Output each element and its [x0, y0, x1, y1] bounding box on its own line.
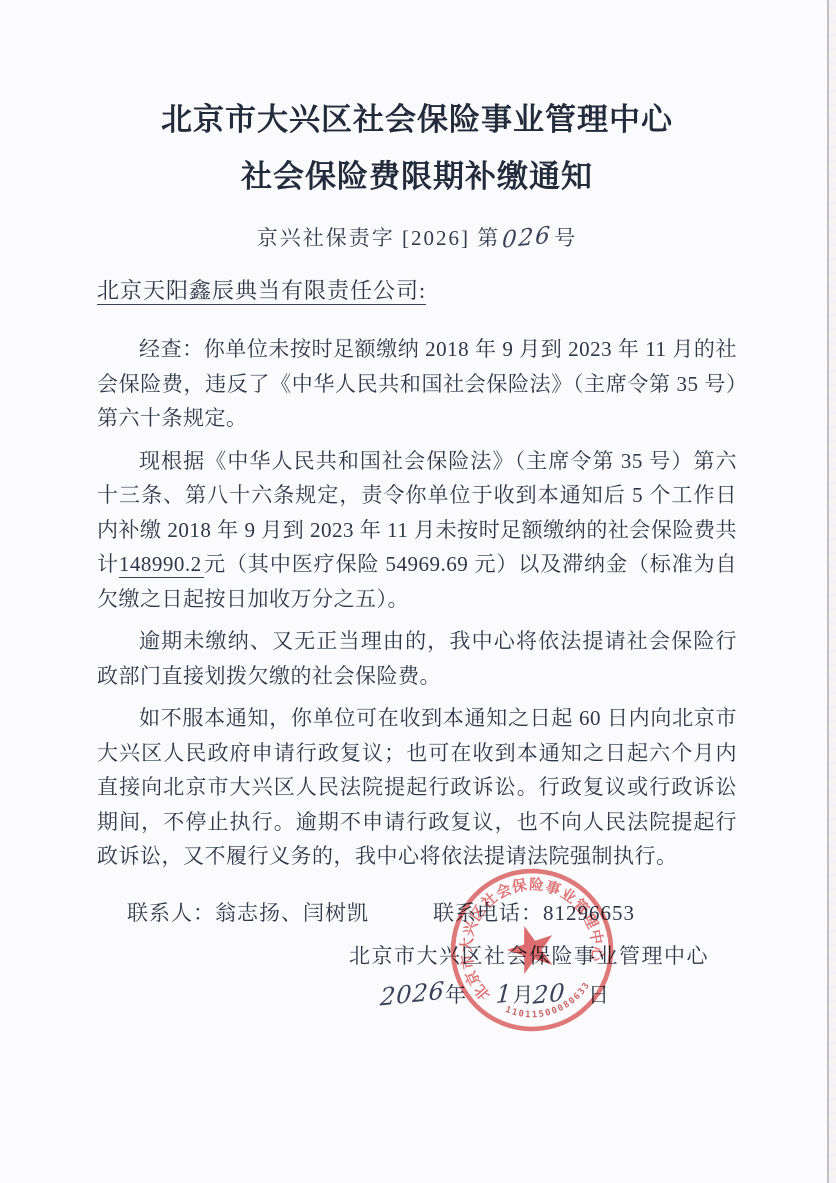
- document-number-prefix: 京兴社保责字 [2026] 第: [257, 226, 501, 250]
- document-title-org: 北京市大兴区社会保险事业管理中心: [97, 100, 737, 140]
- document-number-line: 京兴社保责字 [2026] 第026号: [97, 222, 737, 252]
- contact-phone: 联系电话：81296653: [433, 897, 635, 927]
- paragraph-enforcement: 逾期未缴纳、又无正当理由的，我中心将依法提请社会保险行政部门直接划拨欠缴的社会保…: [97, 624, 737, 693]
- issue-month-handwritten: 1: [495, 978, 513, 1008]
- addressee-company: 北京天阳鑫辰典当有限责任公司:: [97, 274, 737, 305]
- scan-edge-strip: [829, 0, 836, 1183]
- total-amount-underlined: 148990.2: [119, 552, 204, 578]
- contact-person-names: 翁志扬、闫树凯: [215, 901, 369, 925]
- paragraph-appeal-rights: 如不服本通知，你单位可在收到本通知之日起 60 日内向北京市大兴区人民政府申请行…: [97, 701, 737, 874]
- paragraph-payment-order: 现根据《中华人民共和国社会保险法》（主席令第 35 号）第六十三条、第八十六条规…: [97, 444, 737, 617]
- paragraph-violation: 经查：你单位未按时足额缴纳 2018 年 9 月到 2023 年 11 月的社会…: [97, 332, 737, 436]
- notice-body: 经查：你单位未按时足额缴纳 2018 年 9 月到 2023 年 11 月的社会…: [97, 332, 737, 874]
- document-content: 北京市大兴区社会保险事业管理中心 社会保险费限期补缴通知 京兴社保责字 [202…: [97, 0, 737, 1009]
- issue-date-line: 2026年1月20日: [97, 979, 737, 1009]
- document-number-suffix: 号: [554, 226, 577, 250]
- issuing-org-signature: 北京市大兴区社会保险事业管理中心: [97, 940, 737, 970]
- contact-person-label: 联系人：: [127, 901, 215, 925]
- issue-year-handwritten: 2026: [379, 976, 446, 1011]
- document-number-handwritten: 026: [502, 222, 553, 254]
- contact-phone-label: 联系电话：: [433, 901, 543, 925]
- issue-year-unit: 年: [445, 983, 466, 1007]
- contact-line: 联系人：翁志扬、闫树凯 联系电话：81296653: [97, 897, 737, 927]
- issue-month-unit: 月: [512, 983, 533, 1007]
- document-title-subject: 社会保险费限期补缴通知: [97, 157, 737, 197]
- issue-day-unit: 日: [588, 983, 609, 1007]
- scanned-notice-page: 北京市大兴区社会保险事业管理中心 社会保险费限期补缴通知 京兴社保责字 [202…: [0, 0, 836, 1183]
- issue-day-handwritten: 20: [533, 978, 567, 1010]
- contact-persons: 联系人：翁志扬、闫树凯: [127, 897, 369, 927]
- contact-phone-number: 81296653: [543, 901, 635, 925]
